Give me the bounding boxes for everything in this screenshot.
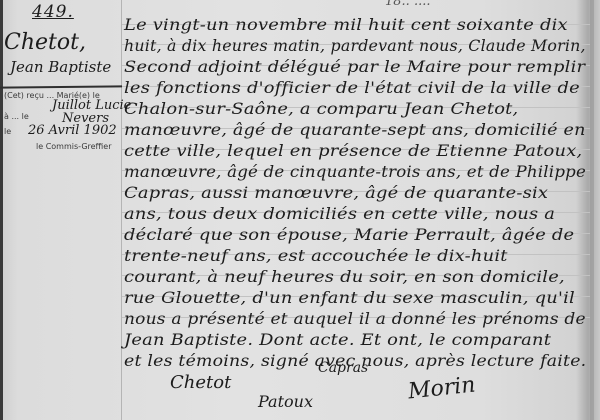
body-line: Second adjoint délégué par le Maire pour… xyxy=(124,58,585,76)
mention-date: 26 Avril 1902 xyxy=(28,123,117,138)
body-line: manœuvre, âgé de quarante-sept ans, domi… xyxy=(124,121,586,139)
body-line: déclaré que son épouse, Marie Perrault, … xyxy=(124,226,574,244)
signature-officer: Morin xyxy=(407,373,477,405)
body-line: nous a présenté et auquel il a donné les… xyxy=(124,310,586,328)
body-line: Capras, aussi manœuvre, âgé de quarante-… xyxy=(124,184,548,202)
body-line: trente-neuf ans, est accouchée le dix-hu… xyxy=(124,247,508,265)
header-fragment: 18.. .... xyxy=(385,0,430,9)
body-line: ans, tous deux domiciliés en cette ville… xyxy=(124,205,555,223)
signature-witness-2: Patoux xyxy=(258,392,313,411)
mention-clerk: le Commis-Greffier xyxy=(36,142,112,151)
body-line: rue Glouette, d'un enfant du sexe mascul… xyxy=(124,289,575,307)
body-line: cette ville, lequel en présence de Etien… xyxy=(124,142,582,160)
signature-father: Chetot xyxy=(170,372,231,393)
signature-witness-1: Capras xyxy=(318,360,368,376)
page-edge xyxy=(590,0,594,420)
body-line: Chalon-sur-Saône, a comparu Jean Chetot, xyxy=(124,100,518,118)
body-line: courant, à neuf heures du soir, en son d… xyxy=(124,268,565,286)
body-line: Jean Baptiste. Dont acte. Et ont, le com… xyxy=(124,331,551,349)
binding-edge xyxy=(0,0,3,420)
registry-page: 18.. .... 449. Chetot, Jean Baptiste (Ce… xyxy=(0,0,600,420)
child-given-names: Jean Baptiste xyxy=(10,58,111,76)
margin-rule xyxy=(121,0,122,420)
margin-separator xyxy=(0,85,122,88)
body-line: manœuvre, âgé de cinquante-trois ans, et… xyxy=(124,163,586,181)
mention-printed-2: à ... le xyxy=(4,112,29,121)
mention-printed-3: le xyxy=(4,127,11,136)
child-surname: Chetot, xyxy=(4,30,86,55)
body-line: huit, à dix heures matin, pardevant nous… xyxy=(124,37,586,55)
entry-number: 449. xyxy=(32,2,74,22)
body-line: les fonctions d'officier de l'état civil… xyxy=(124,79,580,97)
body-line: Le vingt-un novembre mil huit cent soixa… xyxy=(124,16,568,34)
